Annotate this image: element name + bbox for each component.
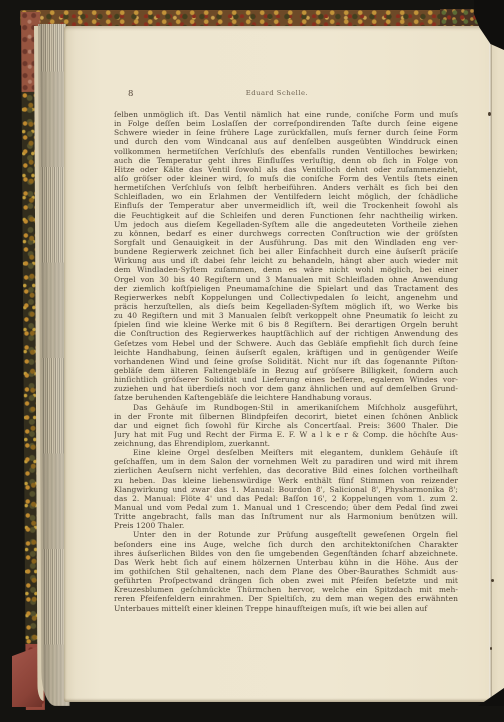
text-line: Tritte angebracht, falls man das Inſtrum…: [114, 512, 458, 521]
text-line: Sorgfalt und Genauigkeit in der Ausführu…: [114, 238, 458, 247]
text-line: Eine kleine Orgel desſelben Meiſters mit…: [114, 448, 458, 457]
text-line: Klangwirkung und zwar das 1. Manual: Bou…: [114, 485, 458, 494]
text-line: der ziemlich koſtſpieligen Pneumamaſchin…: [114, 284, 458, 293]
page-header-row: 8 Eduard Schelle.: [114, 89, 458, 102]
text-line: reren Pfeifenfeldern einrahmen. Der Spie…: [114, 594, 458, 603]
text-line: Das Werk hebt ſich auf einem hölzernen U…: [114, 558, 458, 567]
text-line: Um jedoch aus dieſem Kegelladen-Syſtem a…: [114, 220, 458, 229]
text-line: zu 40 Regiſtern und mit 3 Manualen ſelbſ…: [114, 311, 458, 320]
text-line: die Conſtruction des Regierwerkes hauptſ…: [114, 329, 458, 338]
text-line: ihres äuſserlichen Bildes von den ſie um…: [114, 549, 458, 558]
text-line: auch die Temperatur geht ihres Einfluſſe…: [114, 156, 458, 165]
book-page: 8 Eduard Schelle. ſelben unmöglich iſt. …: [64, 26, 504, 702]
page-text: ſelben unmöglich iſt. Das Ventil nämlich…: [114, 110, 458, 613]
text-line: vorhandenen Wind und ſeine groſse Solidi…: [114, 357, 458, 366]
text-line: alſo gröſser oder kleiner wird, ſo muſs …: [114, 174, 458, 183]
text-line: geſchaffen, um in dem Salon der vornehme…: [114, 457, 458, 466]
text-line: leichte Handhabung, ſeinen äuſserſt egal…: [114, 348, 458, 357]
text-line: Schwere wieder in ſeine frühere Lage zur…: [114, 128, 458, 137]
text-line: Geſetzes vom Hebel und der Schwere. Auch…: [114, 339, 458, 348]
text-line: hermetiſchen Verſchluſs von ſelbſt herbe…: [114, 183, 458, 192]
text-line: hinſichtlich gröſserer Solidität und Lie…: [114, 375, 458, 384]
text-line: Orgel von 30 bis 40 Regiſtern und 3 Manu…: [114, 275, 458, 284]
text-line: zierlichen Aeuſsern nicht verfehlen, das…: [114, 466, 458, 475]
text-line: dar und eignet ſich ſowohl für Kirche al…: [114, 421, 458, 430]
text-line: Preis 1200 Thaler.: [114, 521, 458, 530]
text-line: ſpielen ſind wie kleine Werke mit 6 bis …: [114, 320, 458, 329]
text-line: die Feuchtigkeit auf die Schleifen und d…: [114, 211, 458, 220]
text-line: präcis herzuſtellen, als dieſs beim Kege…: [114, 302, 458, 311]
page-speck: [488, 112, 491, 116]
text-line: ſelben unmöglich iſt. Das Ventil nämlich…: [114, 110, 458, 119]
text-line: Das Gehäuſe im Rundbogen-Stil in amerika…: [114, 403, 458, 412]
text-line: gebläſe dem älteren Faltengebläſe in Bez…: [114, 366, 458, 375]
text-line: zu können, bedarf es einer durchwegs cor…: [114, 229, 458, 238]
text-line: das 2. Manual: Flöte 4' und das Pedal: B…: [114, 494, 458, 503]
text-line: zu heben. Das kleine liebenswürdige Werk…: [114, 476, 458, 485]
page-fold-margin: [491, 26, 504, 702]
text-line: beſonders eine ins Auge, welche ſich dur…: [114, 540, 458, 549]
page-speck: [490, 647, 492, 650]
text-line: Manual und vom Pedal zum 1. Manual und 1…: [114, 503, 458, 512]
text-line: Schleifladen, wo ein Erlahmen der Ventil…: [114, 192, 458, 201]
text-line: ſatze beruhenden Kaſtengebläſe die leich…: [114, 393, 458, 402]
text-line: und durch den vom Windcanal aus auf denſ…: [114, 137, 458, 146]
text-line: vollkommen hermetiſchen Verſchluſs des e…: [114, 147, 458, 156]
text-line: dem Windladen-Syſtem zuſammen, denn es w…: [114, 265, 458, 274]
text-line: Jury hat mit Fug und Recht der Firma E. …: [114, 430, 458, 439]
text-line: Einfluſs der Temperatur aber unvermeidli…: [114, 201, 458, 210]
text-line: bundene Regierwerk zeichnet ſich bei all…: [114, 247, 458, 256]
text-line: im gothiſchen Stil gehaltenen, nach dem …: [114, 567, 458, 576]
page-speck: [491, 579, 494, 582]
text-line: zeichnung, das Ehrendiplom, zuerkannt.: [114, 439, 458, 448]
book-top-marbled-edge: [20, 10, 444, 26]
text-line: in der Fronte mit ſilbernen Blindpfeifen…: [114, 412, 458, 421]
text-line: zuziehen und hat überdieſs noch vor dem …: [114, 384, 458, 393]
page-crease: [489, 29, 492, 700]
text-line: Kreuzesblumen geſchmückte Thürmchen herv…: [114, 585, 458, 594]
text-line: Wirkung aus und iſt dabei ſehr leicht zu…: [114, 256, 458, 265]
text-line: Unterbaues mittelſt einer kleinen Treppe…: [114, 604, 458, 613]
book-scan: 8 Eduard Schelle. ſelben unmöglich iſt. …: [0, 0, 504, 722]
text-line: in Folge deſſen beim Loslaſſen der corre…: [114, 119, 458, 128]
running-header: Eduard Schelle.: [105, 89, 449, 97]
text-line: Unter den in der Rotunde zur Prüfung aus…: [114, 530, 458, 539]
text-line: Hitze oder Kälte das Ventil ſowohl als d…: [114, 165, 458, 174]
text-line: geführten Proſpectwand drängen ſich oben…: [114, 576, 458, 585]
text-line: Regierwerkes nebſt Koppelungen und Colle…: [114, 293, 458, 302]
